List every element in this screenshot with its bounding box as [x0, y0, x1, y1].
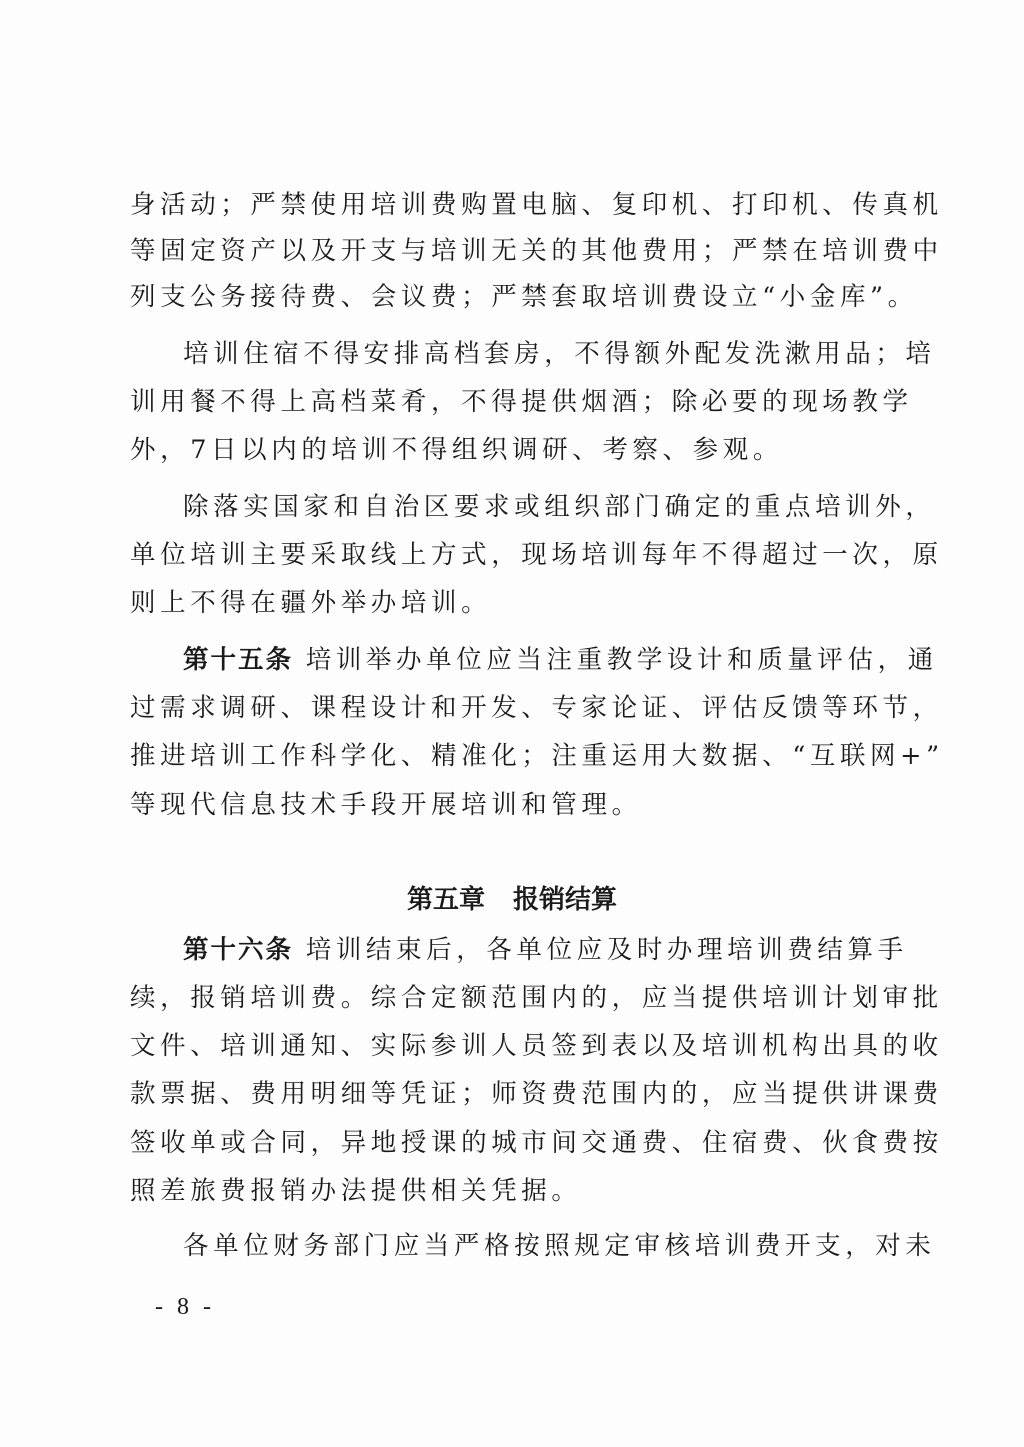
text-line: 培训住宿不得安排高档套房，不得额外配发洗漱用品；培: [183, 337, 890, 371]
text-line: 等固定资产以及开支与培训无关的其他费用；严禁在培训费中: [130, 234, 890, 268]
text-line: 训用餐不得上高档菜肴，不得提供烟酒；除必要的现场教学: [130, 385, 890, 419]
text-line: 签收单或合同，异地授课的城市间交通费、住宿费、伙食费按: [130, 1126, 890, 1160]
text-line: 续，报销培训费。综合定额范围内的，应当提供培训计划审批: [130, 981, 890, 1015]
text-line: 款票据、费用明细等凭证；师资费范围内的，应当提供讲课费: [130, 1077, 890, 1111]
text-line: 推进培训工作科学化、精准化；注重运用大数据、“互联网+”: [130, 739, 890, 773]
chapter-title: 报销结算: [513, 883, 617, 917]
chapter-heading: 第五章报销结算: [0, 883, 1024, 917]
text-line: 等现代信息技术手段开展培训和管理。: [130, 788, 890, 822]
text-line: 列支公务接待费、会议费；严禁套取培训费设立“小金库”。: [130, 280, 890, 314]
text-line: 外，7日以内的培训不得组织调研、考察、参观。: [130, 433, 890, 467]
text-line: 身活动；严禁使用培训费购置电脑、复印机、打印机、传真机: [130, 188, 890, 222]
text-span: 培训举办单位应当注重教学设计和质量评估，通: [306, 645, 938, 675]
article-label: 第十五条: [183, 645, 293, 675]
document-page: 身活动；严禁使用培训费购置电脑、复印机、打印机、传真机 等固定资产以及开支与培训…: [0, 0, 1024, 1447]
chapter-number: 第五章: [407, 883, 485, 917]
text-line: 过需求调研、课程设计和开发、专家论证、评估反馈等环节，: [130, 691, 890, 725]
text-line: 各单位财务部门应当严格按照规定审核培训费开支，对未: [183, 1229, 890, 1263]
text-line: 除落实国家和自治区要求或组织部门确定的重点培训外，: [183, 490, 890, 524]
text-span: 培训结束后，各单位应及时办理培训费结算手: [306, 935, 908, 965]
article-16-line: 第十六条 培训结束后，各单位应及时办理培训费结算手: [183, 933, 890, 967]
text-line: 则上不得在疆外举办培训。: [130, 586, 890, 620]
article-15-line: 第十五条 培训举办单位应当注重教学设计和质量评估，通: [183, 643, 890, 677]
text-line: 照差旅费报销办法提供相关凭据。: [130, 1174, 890, 1208]
text-line: 单位培训主要采取线上方式，现场培训每年不得超过一次，原: [130, 538, 890, 572]
article-label: 第十六条: [183, 935, 293, 965]
page-number: - 8 -: [155, 1292, 215, 1322]
text-line: 文件、培训通知、实际参训人员签到表以及培训机构出具的收: [130, 1029, 890, 1063]
